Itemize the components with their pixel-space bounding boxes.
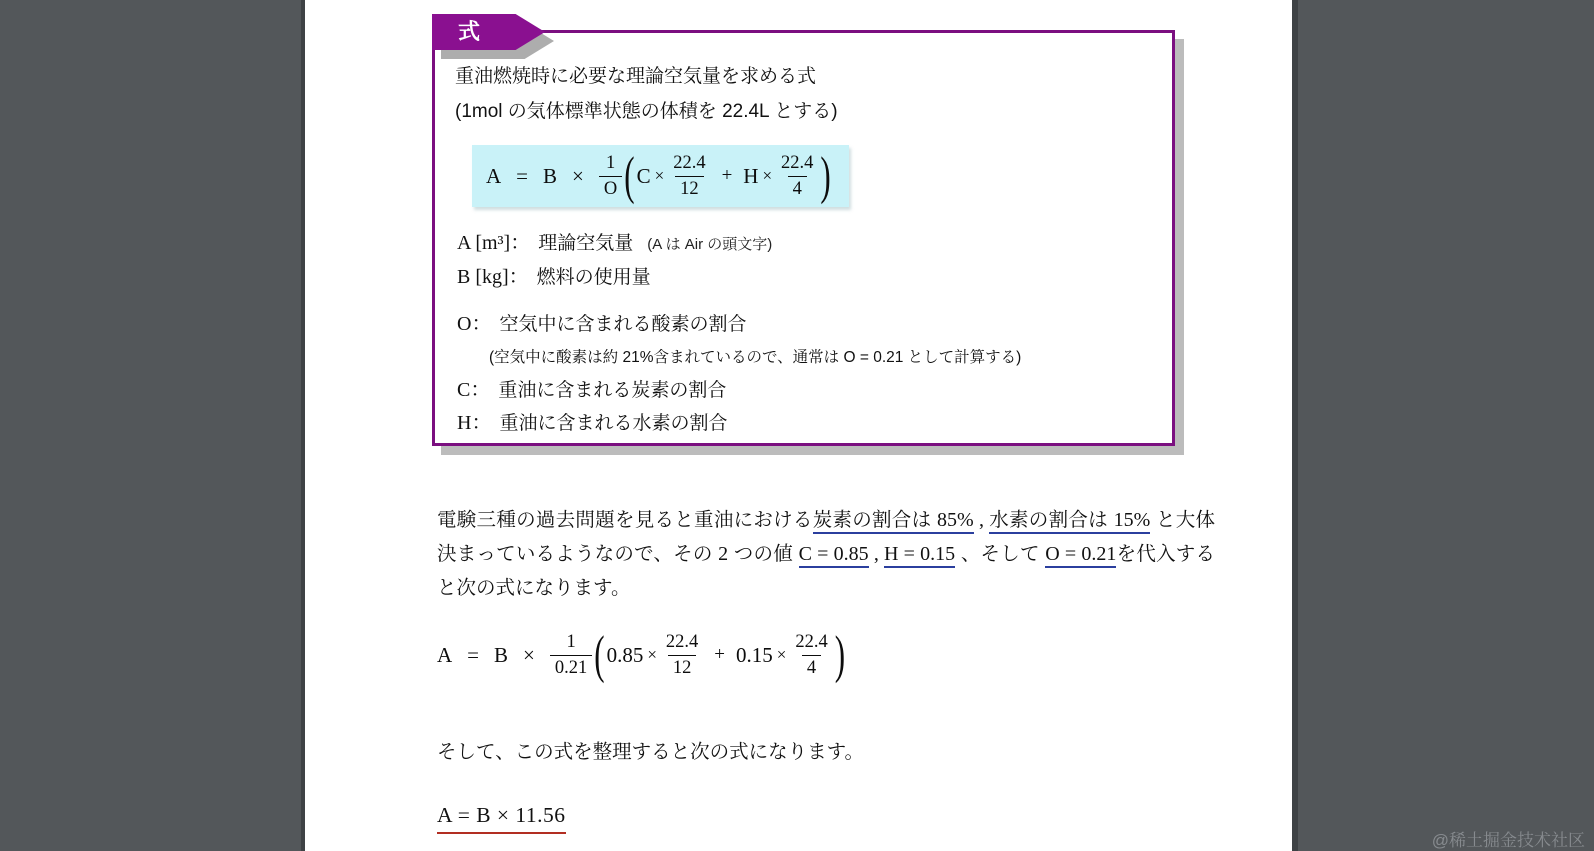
definition-symbol: B [kg]： xyxy=(457,266,529,288)
definition-symbol: O： xyxy=(457,313,491,335)
formula-banner: 式 xyxy=(432,14,554,60)
formula-general: A = B × 1 O ( C × 22.4 12 + H × 2 xyxy=(486,152,833,200)
times-sign: × xyxy=(777,645,787,665)
watermark: @稀土掘金技术社区 xyxy=(1432,826,1585,851)
definition-c: C：重油に含まれる炭素の割合 xyxy=(457,374,1154,407)
paragraph-segment: , xyxy=(869,543,884,565)
underlined-value: 炭素の割合は xyxy=(813,509,937,534)
definition-desc: 理論空気量 xyxy=(538,233,633,254)
box-title-line1: 重油燃焼時に必要な理論空気量を求める式 xyxy=(455,59,1154,94)
definition-a: A [m³]：理論空気量(A は Air の頭文字) xyxy=(457,227,1154,261)
equals-sign: = xyxy=(467,643,479,668)
term1-coefficient: C xyxy=(637,164,651,189)
fraction-one-over-o: 1 O xyxy=(599,152,622,200)
definition-h: H：重油に含まれる水素の割合 xyxy=(457,407,1154,440)
definition-symbol: H： xyxy=(457,412,491,434)
definition-b: B [kg]：燃料の使用量 xyxy=(457,261,1154,294)
closing-sentence: そして、この式を整理すると次の式になります。 xyxy=(437,736,864,764)
fraction-22-4-over-12: 22.4 12 xyxy=(661,631,703,679)
open-paren: ( xyxy=(594,624,604,685)
fraction-one-over-0-21: 1 0.21 xyxy=(550,631,592,679)
definition-desc: 空気中に含まれる酸素の割合 xyxy=(499,314,746,335)
underlined-value: C = 0.85 xyxy=(799,543,869,568)
times-sign: × xyxy=(572,164,584,189)
underlined-value: 水素の割合は xyxy=(989,509,1113,534)
paragraph-segment: 2 xyxy=(718,543,728,565)
definition-group-och: O：空気中に含まれる酸素の割合 (空気中に酸素は約 21%含まれているので、通常… xyxy=(457,308,1154,440)
box-title-line2: (1mol の気体標準状態の体積を 22.4L とする) xyxy=(455,94,1154,129)
paragraph-segment: つの値 xyxy=(728,543,798,565)
fraction-22-4-over-4: 22.4 4 xyxy=(776,152,818,200)
times-sign: × xyxy=(523,643,535,668)
final-formula: A = B × 11.56 xyxy=(437,803,566,834)
definition-desc: 燃料の使用量 xyxy=(537,267,651,288)
paragraph-segment: , xyxy=(974,509,990,531)
underlined-value: 85% xyxy=(937,509,974,534)
paragraph-segment: 電験三種の過去問題を見ると重油における xyxy=(437,509,813,531)
equals-sign: = xyxy=(516,164,528,189)
fraction-22-4-over-4: 22.4 4 xyxy=(790,631,832,679)
underlined-value: H = 0.15 xyxy=(884,543,955,568)
body-paragraph: 電験三種の過去問題を見ると重油における炭素の割合は 85% , 水素の割合は 1… xyxy=(437,503,1215,605)
formula-var-b: B xyxy=(494,643,508,668)
definition-group-ab: A [m³]：理論空気量(A は Air の頭文字) B [kg]：燃料の使用量 xyxy=(457,227,1154,294)
times-sign: × xyxy=(762,166,772,186)
formula-var-b: B xyxy=(543,164,557,189)
underlined-value: 15% xyxy=(1114,509,1151,534)
formula-lhs: A xyxy=(437,643,452,668)
open-paren: ( xyxy=(624,145,634,206)
theoretical-air-formula-highlight: A = B × 1 O ( C × 22.4 12 + H × 2 xyxy=(472,145,849,207)
formula-box: 重油燃焼時に必要な理論空気量を求める式 (1mol の気体標準状態の体積を 22… xyxy=(432,30,1175,446)
close-paren: ) xyxy=(835,624,845,685)
definition-symbol: C： xyxy=(457,379,490,401)
formula-substituted: A = B × 1 0.21 ( 0.85 × 22.4 12 + 0.15 ×… xyxy=(437,631,847,679)
close-paren: ) xyxy=(820,145,830,206)
definition-symbol: A [m³]： xyxy=(457,232,530,254)
plus-sign: + xyxy=(714,644,725,666)
document-page: 式 重油燃焼時に必要な理論空気量を求める式 (1mol の気体標準状態の体積を … xyxy=(301,0,1298,851)
term2-coefficient: H xyxy=(743,164,758,189)
plus-sign: + xyxy=(722,165,733,187)
fraction-22-4-over-12: 22.4 12 xyxy=(668,152,710,200)
definition-o-subnote: (空気中に酸素は約 21%含まれているので、通常は O = 0.21 として計算… xyxy=(489,341,1154,374)
definition-o: O：空気中に含まれる酸素の割合 xyxy=(457,308,1154,341)
underlined-value: O = 0.21 xyxy=(1045,543,1116,568)
formula-lhs: A xyxy=(486,164,501,189)
definition-note: (A は Air の頭文字) xyxy=(647,236,772,253)
term2-coefficient: 0.15 xyxy=(736,643,773,668)
definition-desc: 重油に含まれる水素の割合 xyxy=(499,413,727,434)
term1-coefficient: 0.85 xyxy=(607,643,644,668)
definition-desc: 重油に含まれる炭素の割合 xyxy=(498,380,726,401)
times-sign: × xyxy=(655,166,665,186)
formula-substituted-wrap: A = B × 1 0.21 ( 0.85 × 22.4 12 + 0.15 ×… xyxy=(437,631,847,679)
paragraph-segment: 、そして xyxy=(955,543,1045,565)
times-sign: × xyxy=(647,645,657,665)
